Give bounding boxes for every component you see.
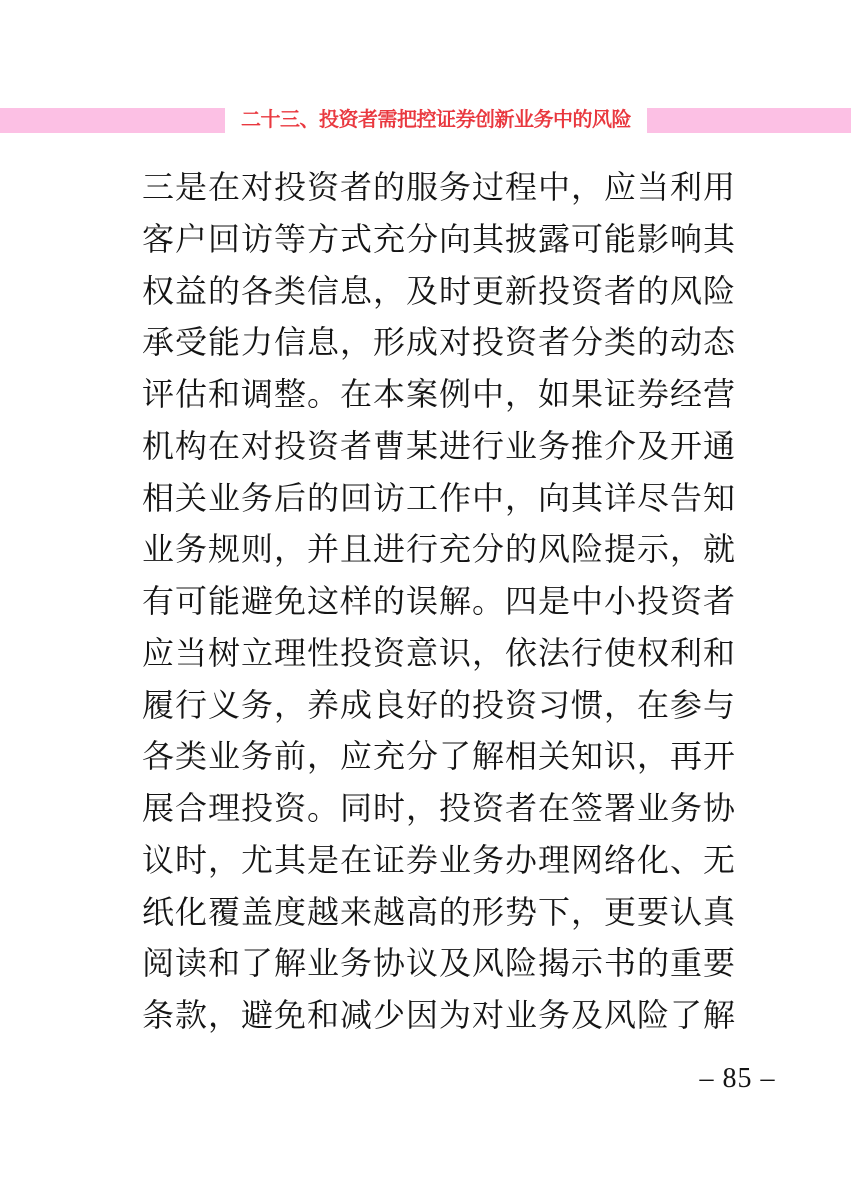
header-accent-bar-left <box>0 108 225 133</box>
chapter-title: 二十三、投资者需把控证券创新业务中的风险 <box>225 108 647 133</box>
chapter-header: 二十三、投资者需把控证券创新业务中的风险 <box>0 108 851 133</box>
text-line: 议时，尤其是在证券业务办理网络化、无 <box>142 835 735 887</box>
text-line: 机构在对投资者曹某进行业务推介及开通 <box>142 421 735 473</box>
body-text-block: 三是在对投资者的服务过程中，应当利用 客户回访等方式充分向其披露可能影响其 权益… <box>142 162 735 1042</box>
text-line: 展合理投资。同时，投资者在签署业务协 <box>142 783 735 835</box>
text-line: 有可能避免这样的误解。四是中小投资者 <box>142 576 735 628</box>
header-accent-bar-right <box>647 108 851 133</box>
text-line: 阅读和了解业务协议及风险揭示书的重要 <box>142 938 735 990</box>
page-number: – 85 – <box>660 1063 815 1095</box>
text-line: 履行义务，养成良好的投资习惯，在参与 <box>142 680 735 732</box>
text-line: 各类业务前，应充分了解相关知识，再开 <box>142 731 735 783</box>
text-line: 相关业务后的回访工作中，向其详尽告知 <box>142 473 735 525</box>
text-line: 三是在对投资者的服务过程中，应当利用 <box>142 162 735 214</box>
text-line: 客户回访等方式充分向其披露可能影响其 <box>142 214 735 266</box>
book-page: 二十三、投资者需把控证券创新业务中的风险 三是在对投资者的服务过程中，应当利用 … <box>0 0 851 1189</box>
text-line: 权益的各类信息，及时更新投资者的风险 <box>142 266 735 318</box>
text-line: 纸化覆盖度越来越高的形势下，更要认真 <box>142 887 735 939</box>
text-line: 评估和调整。在本案例中，如果证券经营 <box>142 369 735 421</box>
text-line: 承受能力信息，形成对投资者分类的动态 <box>142 317 735 369</box>
text-line: 条款，避免和减少因为对业务及风险了解 <box>142 990 735 1042</box>
text-line: 业务规则，并且进行充分的风险提示，就 <box>142 524 735 576</box>
text-line: 应当树立理性投资意识，依法行使权利和 <box>142 628 735 680</box>
